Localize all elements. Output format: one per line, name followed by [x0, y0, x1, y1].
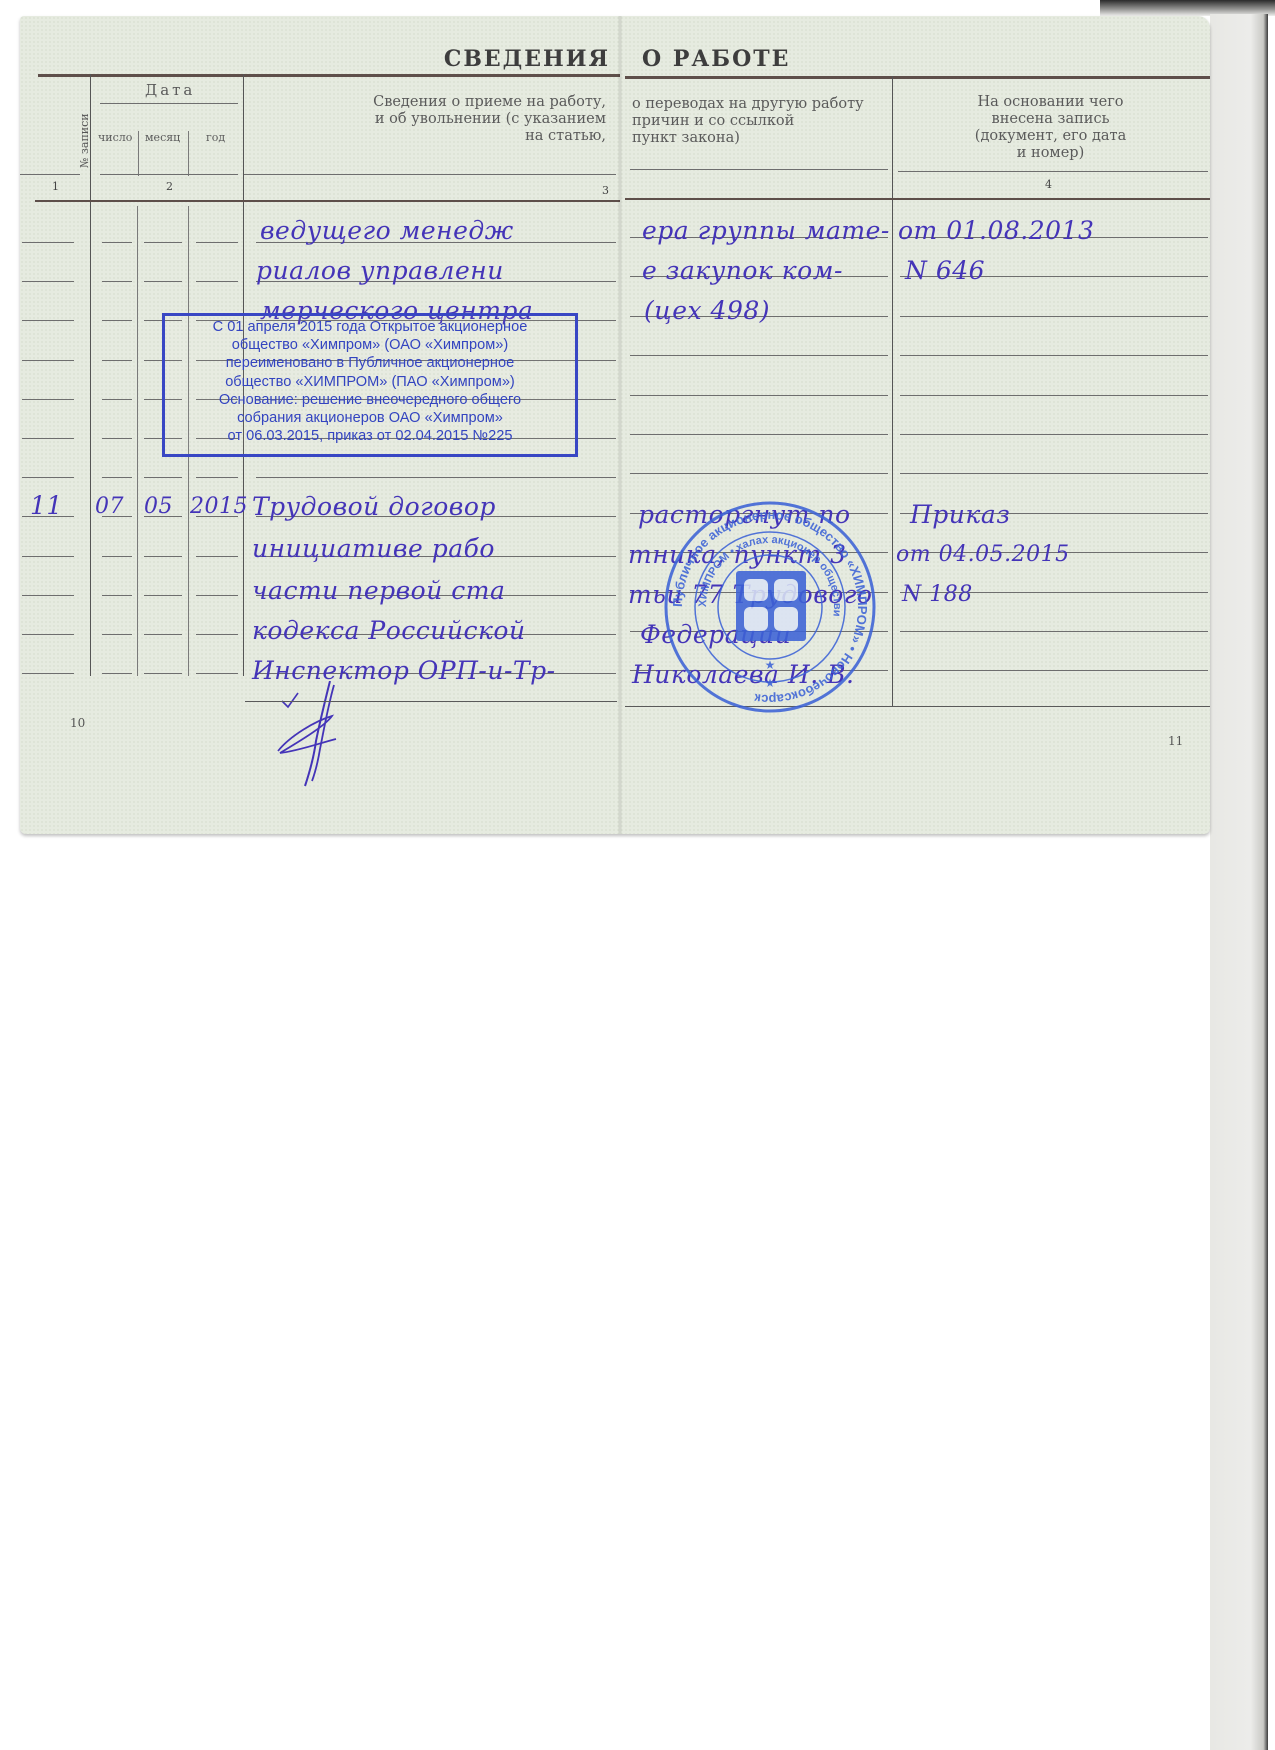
header-col4-line: и номер): [898, 145, 1203, 162]
col-number-4: 4: [1045, 178, 1052, 191]
date-subdivider-1: [138, 131, 139, 176]
col-number-1: 1: [52, 180, 59, 193]
header-col3-right-line: пункт закона): [632, 130, 864, 147]
row-rule: [144, 281, 182, 282]
header-month: месяц: [145, 129, 180, 146]
section-title-left: СВЕДЕНИЯ: [444, 46, 610, 72]
seal-star-icon: ★: [765, 676, 776, 690]
row-rule: [144, 634, 182, 635]
row-rule: [102, 673, 132, 674]
row-rule: [196, 595, 238, 596]
row-rule: [196, 281, 238, 282]
rule: [100, 174, 238, 175]
stamp-line: Основание: решение внеочередного общего: [165, 391, 575, 409]
entry-1-text-line: ера группы мате-: [642, 216, 890, 245]
entry-2-day: 07: [95, 494, 124, 519]
header-col3-left-line: и об увольнении (с указанием: [284, 111, 606, 128]
stamp-line: общество «Химпром» (ОАО «Химпром»): [165, 336, 575, 354]
row-rule: [22, 281, 74, 282]
page-number-left: 10: [70, 716, 85, 730]
row-rule: [144, 595, 182, 596]
row-rule: [900, 434, 1208, 435]
entry-2-text-line: кодекса Российской: [252, 616, 526, 645]
company-round-seal: Публичное акционерное общество «ХИМПРОМ»…: [660, 497, 880, 717]
row-rule: [900, 355, 1208, 356]
row-rule: [900, 473, 1208, 474]
row-rule: [22, 673, 74, 674]
rule: [630, 169, 888, 170]
col-number-2: 2: [166, 180, 173, 193]
header-col3-right: о переводах на другую работу причин и со…: [632, 96, 864, 147]
entry-1-text-line: е закупок ком-: [642, 256, 843, 285]
stamp-line: от 06.03.2015, приказ от 02.04.2015 №225: [165, 427, 575, 445]
stamp-line: С 01 апреля 2015 года Открытое акционерн…: [165, 318, 575, 336]
rule: [898, 171, 1208, 172]
row-rule: [630, 434, 888, 435]
date-header-rule: [100, 103, 238, 104]
day-col-rule: [137, 206, 138, 676]
row-rule: [22, 634, 74, 635]
header-bottom-rule-right: [625, 198, 1210, 200]
entry-2-text-line: инициативе рабо: [252, 534, 495, 563]
entry-1-text-line: (цех 498): [644, 296, 770, 325]
row-rule: [196, 242, 238, 243]
header-col3-right-line: о переводах на другую работу: [632, 96, 864, 113]
entry-1-text-line: ведущего менедж: [260, 216, 514, 245]
page-left-bottom-rule: [245, 701, 617, 702]
row-rule: [102, 477, 132, 478]
company-rename-stamp: С 01 апреля 2015 года Открытое акционерн…: [162, 313, 578, 457]
row-rule: [102, 595, 132, 596]
row-rule: [144, 673, 182, 674]
header-col4: На основании чего внесена запись (докуме…: [898, 94, 1203, 162]
entry-2-basis-line: от 04.05.2015: [896, 542, 1070, 567]
row-rule: [630, 473, 888, 474]
entry-1-basis-line: N 646: [905, 256, 985, 285]
row-rule: [144, 242, 182, 243]
row-rule: [22, 360, 74, 361]
row-rule: [256, 477, 616, 478]
row-rule: [22, 595, 74, 596]
entry-1-basis-line: от 01.08.2013: [898, 216, 1094, 245]
header-col3-left-line: Сведения о приеме на работу,: [284, 94, 606, 111]
row-rule: [630, 395, 888, 396]
header-col4-line: (документ, его дата: [898, 128, 1203, 145]
header-col4-line: внесена запись: [898, 111, 1203, 128]
row-rule: [22, 320, 74, 321]
entry-2-basis-line: Приказ: [910, 500, 1010, 529]
row-rule: [630, 355, 888, 356]
row-rule: [102, 281, 132, 282]
row-rule: [196, 556, 238, 557]
stamp-line: переименовано в Публичное акционерное: [165, 354, 575, 372]
row-rule: [102, 320, 132, 321]
seal-logo: [736, 571, 806, 641]
row-rule: [22, 477, 74, 478]
rule: [244, 174, 616, 175]
header-col3-left: Сведения о приеме на работу, и об увольн…: [284, 94, 606, 145]
header-col4-line: На основании чего: [898, 94, 1203, 111]
row-rule: [900, 316, 1208, 317]
entry-2-year: 2015: [190, 494, 248, 519]
entry-2-number: 11: [30, 491, 63, 520]
stamp-line: общество «ХИМПРОМ» (ПАО «Химпром»): [165, 373, 575, 391]
entry-2-month: 05: [144, 494, 173, 519]
entry-2-text-line: части первой ста: [252, 576, 505, 605]
row-rule: [196, 634, 238, 635]
table-top-rule: [38, 74, 620, 77]
row-rule: [196, 673, 238, 674]
row-rule: [144, 477, 182, 478]
seal-star-icon: ★: [765, 658, 776, 672]
entry-2-text-line: Трудовой договор: [252, 492, 496, 521]
entry-2-basis-line: N 188: [902, 582, 973, 607]
header-day: число: [98, 129, 132, 146]
rule: [20, 174, 80, 175]
header-bottom-rule: [35, 200, 620, 202]
inspector-signature: [270, 681, 380, 791]
stamp-line: собрания акционеров ОАО «Химпром»: [165, 409, 575, 427]
header-col3-left-line: на статью,: [284, 128, 606, 145]
row-rule: [144, 556, 182, 557]
row-rule: [900, 670, 1208, 671]
col-divider-4: [892, 76, 893, 706]
row-rule: [22, 556, 74, 557]
work-record-book-spread: СВЕДЕНИЯ № записи Дата число месяц год С…: [20, 16, 1210, 834]
row-rule: [22, 399, 74, 400]
section-title-right: О РАБОТЕ: [642, 46, 790, 72]
table-top-rule-right: [625, 76, 1210, 79]
row-rule: [102, 399, 132, 400]
row-rule: [102, 438, 132, 439]
row-rule: [22, 242, 74, 243]
scanner-edge-right: [1210, 14, 1268, 1750]
row-rule: [102, 556, 132, 557]
date-subdivider-2: [188, 131, 189, 176]
header-year: год: [206, 129, 225, 146]
row-rule: [102, 634, 132, 635]
row-rule: [22, 438, 74, 439]
header-col3-right-line: причин и со ссылкой: [632, 113, 864, 130]
row-rule: [900, 631, 1208, 632]
row-rule: [196, 477, 238, 478]
row-rule: [102, 360, 132, 361]
col-number-3: 3: [602, 184, 609, 197]
header-record-number: № записи: [78, 113, 91, 168]
header-date: Дата: [145, 82, 195, 99]
entry-1-text-line: риалов управлени: [256, 256, 504, 285]
page-number-right: 11: [1168, 734, 1183, 748]
row-rule: [900, 395, 1208, 396]
row-rule: [102, 242, 132, 243]
